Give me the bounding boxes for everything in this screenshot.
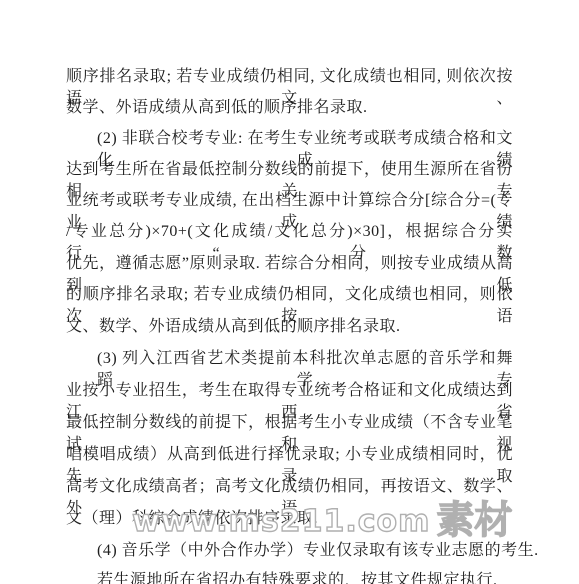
text-line: 文、数学、外语成绩从高到低的顺序排名录取.: [66, 316, 513, 338]
text-line: 文（理）科综合成绩依次排序录取.: [66, 508, 513, 530]
text-line: 最低控制分数线的前提下，根据考生小专业成绩（不含专业笔试和视: [66, 412, 513, 434]
text-line: 业统考或联考专业成绩, 在出档生源中计算综合分[综合分=(专业成绩: [66, 190, 513, 212]
text-line: 的顺序排名录取; 若专业成绩仍相同，文化成绩也相同，则依次按语: [66, 284, 513, 306]
text-line: 业按小专业招生，考生在取得专业统考合格证和文化成绩达到江西省: [66, 380, 513, 402]
text-line: 高考文化成绩高者；高考文化成绩仍相同，再按语文、数学、外语、: [66, 476, 513, 498]
text-line: 数学、外语成绩从高到低的顺序排名录取.: [66, 97, 513, 119]
text-line: 顺序排名录取; 若专业成绩仍相同, 文化成绩也相同, 则依次按语文、: [66, 66, 513, 88]
text-line: 唱模唱成绩）从高到低进行择优录取; 小专业成绩相同时，优先录取: [66, 444, 513, 466]
document-page: 顺序排名录取; 若专业成绩仍相同, 文化成绩也相同, 则依次按语文、 数学、外语…: [0, 0, 579, 584]
text-line: 若生源地所在省招办有特殊要求的，按其文件规定执行.: [66, 570, 513, 584]
text-line: (4) 音乐学（中外合作办学）专业仅录取有该专业志愿的考生.: [66, 540, 513, 562]
text-line: 达到考生所在省最低控制分数线的前提下，使用生源所在省份相关专: [66, 159, 513, 181]
text-line: /专业总分)×70+(文化成绩/文化总分)×30]，根据综合分实行“分数: [66, 221, 513, 243]
text-line: (3) 列入江西省艺术类提前本科批次单志愿的音乐学和舞蹈学专: [66, 348, 513, 370]
text-line: (2) 非联合校考专业: 在考生专业统考或联考成绩合格和文化成绩: [66, 128, 513, 150]
text-line: 优先，遵循志愿”原则录取. 若综合分相同，则按专业成绩从高到低: [66, 253, 513, 275]
